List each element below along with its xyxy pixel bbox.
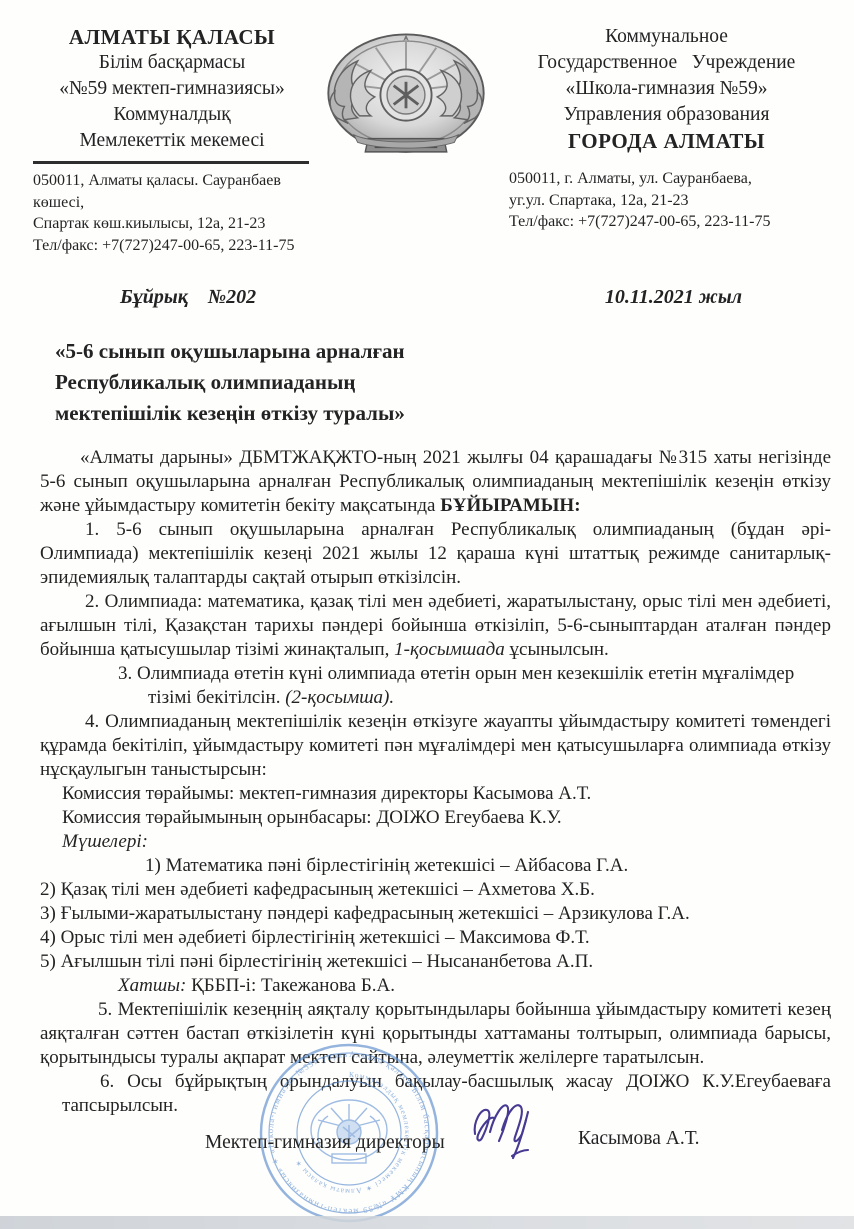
committee-chair: Комиссия төрайымы: мектеп-гимназия дирек…	[40, 782, 831, 806]
member-item: 2) Қазақ тілі мен әдебиеті кафедрасының …	[40, 878, 831, 902]
letterhead: АЛМАТЫ ҚАЛАСЫ Білім басқармасы «№59 мект…	[0, 0, 854, 256]
member-item: 1) Математика пәні бірлестігінің жетекші…	[40, 854, 831, 878]
org-name-ru: ГОРОДА АЛМАТЫ	[501, 128, 832, 154]
kazakhstan-coat-of-arms-icon	[311, 24, 501, 256]
order-meta-row: Бұйрық№202 10.11.2021 жыл	[0, 286, 854, 309]
org-name-kk: АЛМАТЫ ҚАЛАСЫ	[33, 24, 311, 50]
member-item: 4) Орыс тілі мен әдебиеті бірлестігінің …	[40, 926, 831, 950]
org-block-russian: Коммунальное Государственное Учреждение …	[501, 24, 838, 256]
org-block-kazakh: АЛМАТЫ ҚАЛАСЫ Білім басқармасы «№59 мект…	[33, 24, 311, 256]
members-label: Мүшелері:	[40, 830, 831, 854]
director-signature	[468, 1092, 546, 1171]
director-name: Касымова А.Т.	[578, 1128, 700, 1150]
document-page: АЛМАТЫ ҚАЛАСЫ Білім басқармасы «№59 мект…	[0, 0, 854, 1229]
divider-line	[33, 161, 309, 164]
address-ru: 050011, г. Алматы, ул. Сауранбаева, уг.у…	[501, 168, 832, 233]
order-title: «5-6 сынып оқушыларына арналған Республи…	[0, 336, 854, 429]
member-item: 3) Ғылыми-жаратылыстану пәндері кафедрас…	[40, 902, 831, 926]
secretary-line: Хатшы: ҚББП-і: Такежанова Б.А.	[40, 974, 831, 998]
appendix-1-reference: 1-қосымшада	[394, 639, 505, 660]
member-item: 5) Ағылшын тілі пәні бірлестігінің жетек…	[40, 950, 831, 974]
order-number: Бұйрық№202	[120, 286, 256, 309]
address-kk: 050011, Алматы қаласы. Сауранбаев көшесі…	[33, 170, 311, 256]
order-item-1: 1. 5-6 сынып оқушыларына арналған Респуб…	[40, 518, 831, 590]
appendix-2-reference: (2-қосымша).	[285, 687, 394, 708]
director-title-label: Мектеп-гимназия директоры	[205, 1132, 445, 1154]
order-command-word: БҰЙЫРАМЫН:	[440, 495, 580, 516]
order-body: «Алматы дарыны» ДБМТЖАҚЖТО-ның 2021 жылғ…	[0, 446, 854, 1118]
committee-vice-chair: Комиссия төрайымының орынбасары: ДОІЖО Е…	[40, 806, 831, 830]
scan-edge-artifact	[0, 1216, 854, 1229]
order-item-2: 2. Олимпиада: математика, қазақ тілі мен…	[40, 590, 831, 662]
order-date: 10.11.2021 жыл	[605, 286, 742, 309]
paragraph-intro: «Алматы дарыны» ДБМТЖАҚЖТО-ның 2021 жылғ…	[40, 446, 831, 518]
signature-block: Алматы қаласы Білім басқармасының КМҰ «№…	[0, 1040, 854, 1229]
order-item-4: 4. Олимпиаданың мектепішілік кезеңін өтк…	[40, 710, 831, 782]
order-item-3: 3. Олимпиада өтетін күні олимпиада өтеті…	[40, 662, 831, 710]
